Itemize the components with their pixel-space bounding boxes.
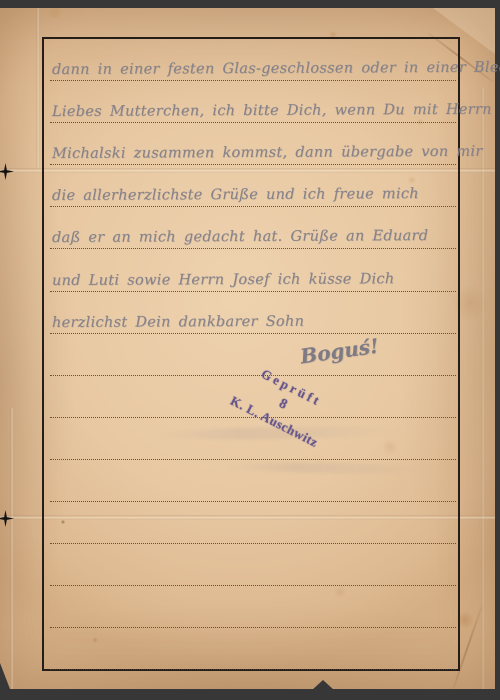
handwriting-line: [50, 667, 52, 669]
handwriting-line: Liebes Mutterchen, ich bitte Dich, wenn …: [50, 102, 492, 122]
handwriting-line: [50, 541, 52, 543]
handwriting-line: [50, 583, 52, 585]
crease-vertical-bottom-left: [10, 408, 14, 689]
handwriting-line: dann in einer festen Glas-geschlossen od…: [50, 59, 500, 80]
handwriting-line: Michalski zusammen kommst, dann übergabe…: [50, 144, 483, 164]
handwriting-line: [50, 457, 52, 459]
ruled-line: und Luti sowie Herrn Josef ich küsse Dic…: [50, 249, 456, 291]
letter-paper: dann in einer festen Glas-geschlossen od…: [0, 8, 495, 689]
ruled-line: [50, 586, 456, 628]
handwriting-line: [50, 499, 52, 501]
crease-vertical-top-left: [36, 8, 40, 168]
handwriting-line: und Luti sowie Herrn Josef ich küsse Dic…: [50, 271, 395, 291]
ruled-line: [50, 418, 456, 460]
ruled-line: dann in einer festen Glas-geschlossen od…: [50, 39, 456, 81]
fold-mark-star-upper: [0, 163, 14, 180]
paper-corner-clip: [0, 663, 10, 689]
ruled-line: herzlichst Dein dankbarer Sohn: [50, 292, 456, 334]
letter-frame-border: dann in einer festen Glas-geschlossen od…: [42, 37, 460, 671]
ruled-line: [50, 502, 456, 544]
ruled-line: Michalski zusammen kommst, dann übergabe…: [50, 123, 456, 165]
ruled-line: Liebes Mutterchen, ich bitte Dich, wenn …: [50, 81, 456, 123]
paper-edge-notch: [312, 680, 334, 690]
ruled-line: [50, 460, 456, 502]
handwriting-line: [50, 415, 52, 417]
handwriting-line: [50, 373, 52, 375]
crease-vertical-right: [481, 88, 485, 689]
ruled-line: [50, 628, 456, 670]
fold-mark-star-lower: [0, 510, 14, 527]
ruled-lines: dann in einer festen Glas-geschlossen od…: [44, 39, 458, 670]
ruled-line: [50, 544, 456, 586]
ruled-line: daß er an mich gedacht hat. Grüße an Edu…: [50, 207, 456, 249]
handwriting-line: daß er an mich gedacht hat. Grüße an Edu…: [50, 228, 428, 248]
handwriting-line: herzlichst Dein dankbarer Sohn: [50, 313, 304, 332]
handwriting-line: die allerherzlichste Grüße und ich freue…: [50, 186, 419, 206]
handwriting-line: [50, 625, 52, 627]
ruled-line: die allerherzlichste Grüße und ich freue…: [50, 165, 456, 207]
